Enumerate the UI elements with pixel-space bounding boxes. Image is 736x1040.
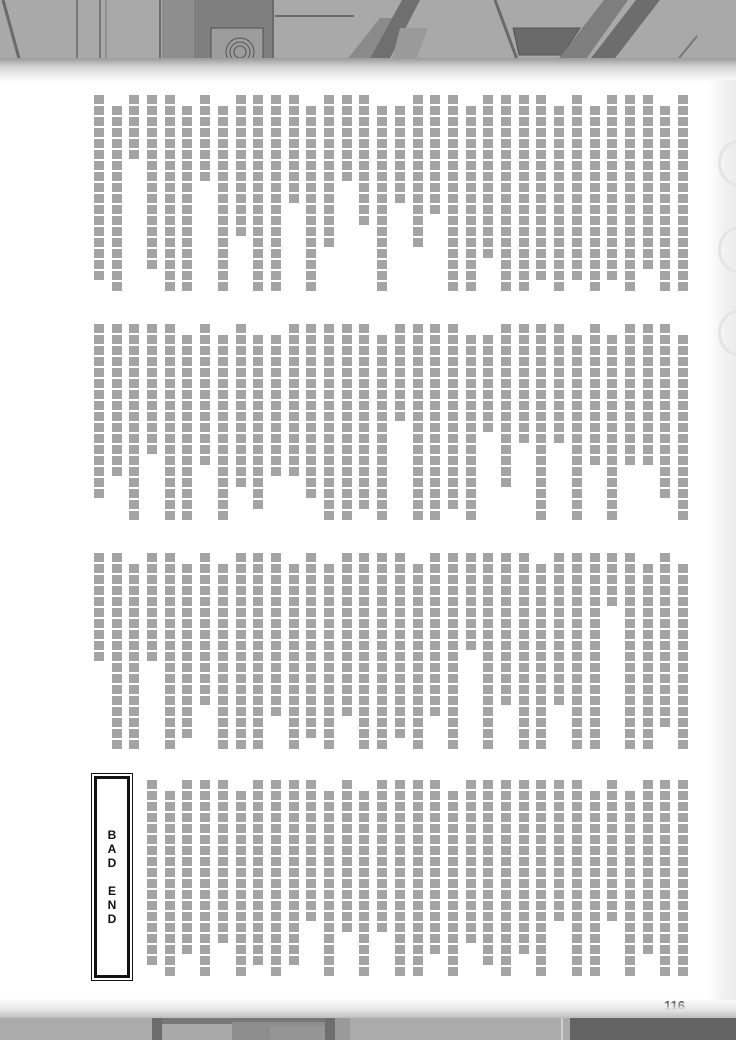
text-column [625, 553, 635, 749]
text-column [483, 780, 493, 965]
text-column [501, 780, 511, 976]
text-column [377, 106, 387, 291]
text-column [377, 780, 387, 932]
text-column [643, 95, 653, 269]
text-column [643, 780, 653, 954]
text-column [253, 335, 263, 509]
text-column [554, 780, 564, 921]
text-column [165, 324, 175, 520]
text-column [572, 553, 582, 749]
text-column [643, 564, 653, 749]
text-column [271, 335, 281, 476]
text-column [678, 780, 688, 976]
text-column [129, 95, 139, 159]
text-column [607, 95, 617, 280]
text-column [200, 553, 210, 705]
text-column [342, 324, 352, 520]
text-column [660, 324, 670, 498]
text-column [625, 791, 635, 976]
text-column [218, 564, 228, 749]
text-column [236, 791, 246, 976]
text-column [359, 324, 369, 509]
text-column [590, 553, 600, 749]
text-tier-3 [0, 553, 736, 753]
text-column [306, 553, 316, 738]
text-column [306, 324, 316, 498]
text-column [466, 335, 476, 520]
text-column [572, 95, 582, 280]
text-column [342, 95, 352, 181]
text-column [430, 553, 440, 716]
text-column [236, 324, 246, 487]
text-column [271, 95, 281, 291]
text-column [501, 553, 511, 705]
text-column [554, 324, 564, 443]
text-column [448, 791, 458, 976]
text-column [501, 324, 511, 487]
text-column [501, 95, 511, 291]
text-column [94, 553, 104, 661]
text-column [147, 324, 157, 454]
text-column [218, 780, 228, 943]
text-column [448, 324, 458, 509]
text-column [182, 780, 192, 954]
text-column [182, 106, 192, 291]
text-column [324, 564, 334, 749]
text-column [678, 335, 688, 520]
text-column [660, 553, 670, 727]
footer-shadow [0, 998, 736, 1020]
text-column [200, 780, 210, 976]
text-column [590, 324, 600, 465]
text-column [430, 95, 440, 214]
text-column [129, 324, 139, 520]
text-column [448, 95, 458, 291]
text-column [483, 95, 493, 258]
text-column [572, 780, 582, 976]
text-column [625, 324, 635, 465]
text-column [271, 780, 281, 976]
text-column [147, 553, 157, 661]
ending-label: BAD END [106, 828, 118, 926]
text-column [678, 95, 688, 291]
text-column [536, 564, 546, 749]
text-column [625, 95, 635, 291]
text-column [129, 564, 139, 749]
text-column [236, 553, 246, 749]
text-column [519, 553, 529, 749]
text-column [536, 780, 546, 976]
text-column [660, 780, 670, 976]
text-tier-2 [0, 324, 736, 524]
text-column [253, 95, 263, 291]
text-column [112, 324, 122, 476]
text-column [342, 553, 352, 716]
text-column [165, 791, 175, 976]
text-column [519, 780, 529, 954]
text-column [660, 106, 670, 291]
text-column [271, 553, 281, 716]
text-column [289, 564, 299, 749]
text-column [448, 553, 458, 749]
text-column [607, 780, 617, 921]
text-column [306, 106, 316, 291]
text-column [359, 95, 369, 225]
text-column [483, 335, 493, 432]
text-column [395, 553, 405, 738]
text-column [483, 553, 493, 749]
text-column [590, 791, 600, 976]
text-column [200, 324, 210, 465]
text-column [413, 780, 423, 976]
text-column [147, 95, 157, 269]
interior-art-icon [0, 1018, 736, 1040]
text-column [466, 106, 476, 291]
text-column [430, 780, 440, 954]
text-column [236, 95, 246, 236]
text-column [342, 780, 352, 932]
text-column [289, 95, 299, 203]
text-column [395, 106, 405, 203]
text-column [413, 324, 423, 520]
text-column [218, 106, 228, 291]
text-column [519, 95, 529, 291]
text-column [359, 553, 369, 749]
text-column [253, 553, 263, 749]
text-column [536, 324, 546, 520]
text-column [554, 106, 564, 291]
text-column [182, 335, 192, 520]
text-column [289, 780, 299, 965]
bad-end-inner-frame: BAD END [94, 776, 130, 978]
text-column [554, 553, 564, 705]
text-column [607, 553, 617, 606]
text-column [413, 564, 423, 749]
text-column [165, 95, 175, 291]
text-column [466, 553, 476, 650]
text-column [536, 95, 546, 280]
text-column [359, 791, 369, 976]
text-column [377, 553, 387, 749]
text-column [466, 780, 476, 943]
text-column [395, 324, 405, 421]
text-column [590, 106, 600, 291]
text-column [324, 324, 334, 520]
text-column [94, 95, 104, 280]
text-column [678, 564, 688, 749]
text-tier-1 [0, 95, 736, 295]
text-column [572, 335, 582, 520]
text-column [377, 335, 387, 520]
text-column [395, 780, 405, 976]
text-column [324, 95, 334, 247]
text-column [430, 324, 440, 520]
text-column [94, 324, 104, 498]
text-column [147, 780, 157, 965]
text-column [112, 106, 122, 291]
text-column [413, 95, 423, 247]
footer-illustration [0, 1018, 736, 1040]
text-column [289, 324, 299, 476]
text-column [218, 335, 228, 520]
text-column [324, 791, 334, 976]
text-column [306, 780, 316, 921]
text-column [165, 553, 175, 749]
bad-end-box: BAD END [91, 773, 133, 981]
text-column [253, 780, 263, 965]
text-column [607, 335, 617, 520]
text-column [643, 324, 653, 465]
text-column [112, 553, 122, 749]
text-column [182, 564, 192, 738]
text-column [200, 95, 210, 181]
text-column [519, 324, 529, 443]
